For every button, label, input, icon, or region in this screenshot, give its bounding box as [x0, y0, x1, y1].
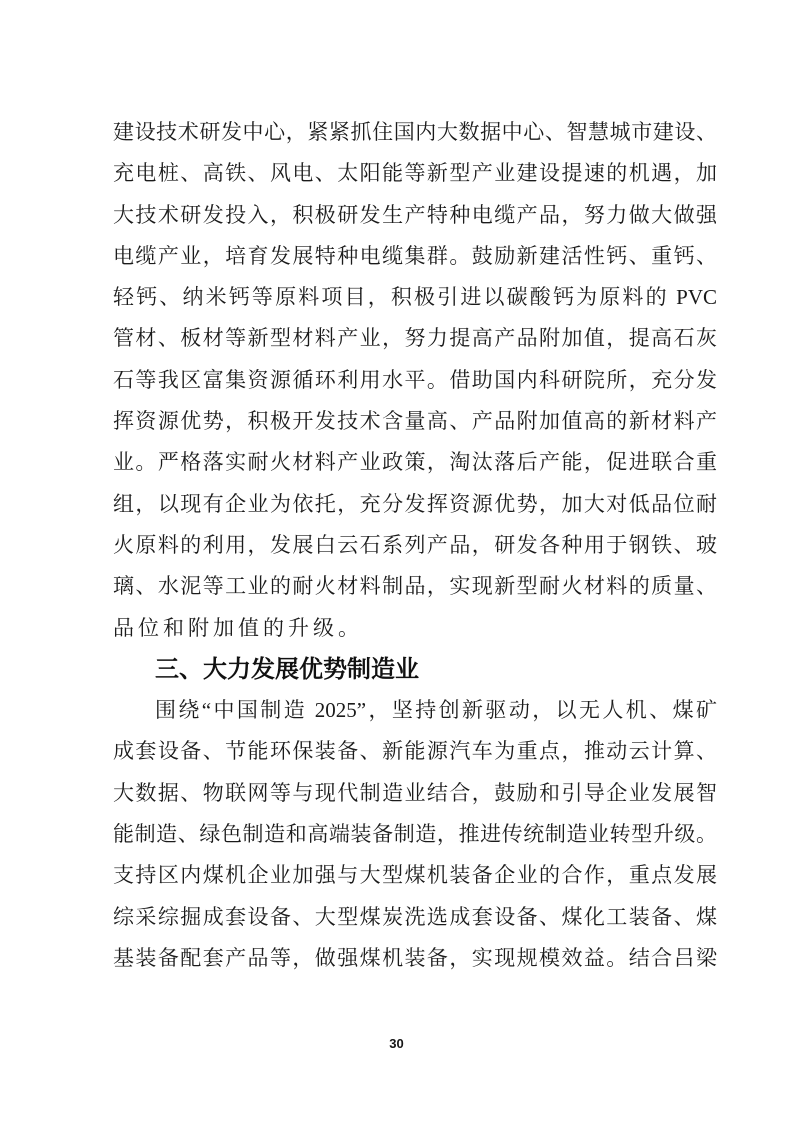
body-line: 火原料的利用，发展白云石系列产品，研发各种用于钢铁、玻 — [113, 525, 717, 566]
document-page: 建设技术研发中心，紧紧抓住国内大数据中心、智慧城市建设、 充电桩、高铁、风电、太… — [0, 0, 793, 1122]
section-heading: 三、大力发展优势制造业 — [113, 649, 717, 690]
body-line: 轻钙、纳米钙等原料项目，积极引进以碳酸钙为原料的 PVC — [113, 277, 717, 318]
document-body: 建设技术研发中心，紧紧抓住国内大数据中心、智慧城市建设、 充电桩、高铁、风电、太… — [113, 112, 717, 979]
body-line: 能制造、绿色制造和高端装备制造，推进传统制造业转型升级。 — [113, 814, 717, 855]
body-line: 挥资源优势，积极开发技术含量高、产品附加值高的新材料产 — [113, 401, 717, 442]
body-line: 基装备配套产品等，做强煤机装备，实现规模效益。结合吕梁 — [113, 938, 717, 979]
body-line: 大数据、物联网等与现代制造业结合，鼓励和引导企业发展智 — [113, 773, 717, 814]
body-line: 大技术研发投入，积极研发生产特种电缆产品，努力做大做强 — [113, 195, 717, 236]
body-line: 充电桩、高铁、风电、太阳能等新型产业建设提速的机遇，加 — [113, 153, 717, 194]
body-line: 璃、水泥等工业的耐火材料制品，实现新型耐火材料的质量、 — [113, 566, 717, 607]
body-line: 组，以现有企业为依托，充分发挥资源优势，加大对低品位耐 — [113, 484, 717, 525]
body-line: 建设技术研发中心，紧紧抓住国内大数据中心、智慧城市建设、 — [113, 112, 717, 153]
body-line: 业。严格落实耐火材料产业政策，淘汰落后产能，促进联合重 — [113, 442, 717, 483]
body-line: 成套设备、节能环保装备、新能源汽车为重点，推动云计算、 — [113, 731, 717, 772]
body-line: 品位和附加值的升级。 — [113, 608, 717, 649]
page-number: 30 — [0, 1036, 793, 1051]
body-line: 管材、板材等新型材料产业，努力提高产品附加值，提高石灰 — [113, 318, 717, 359]
body-line: 石等我区富集资源循环利用水平。借助国内科研院所，充分发 — [113, 360, 717, 401]
body-line: 支持区内煤机企业加强与大型煤机装备企业的合作，重点发展 — [113, 855, 717, 896]
body-line: 围绕“中国制造 2025”，坚持创新驱动，以无人机、煤矿 — [113, 690, 717, 731]
body-line: 电缆产业，培育发展特种电缆集群。鼓励新建活性钙、重钙、 — [113, 236, 717, 277]
body-line: 综采综掘成套设备、大型煤炭洗选成套设备、煤化工装备、煤 — [113, 897, 717, 938]
